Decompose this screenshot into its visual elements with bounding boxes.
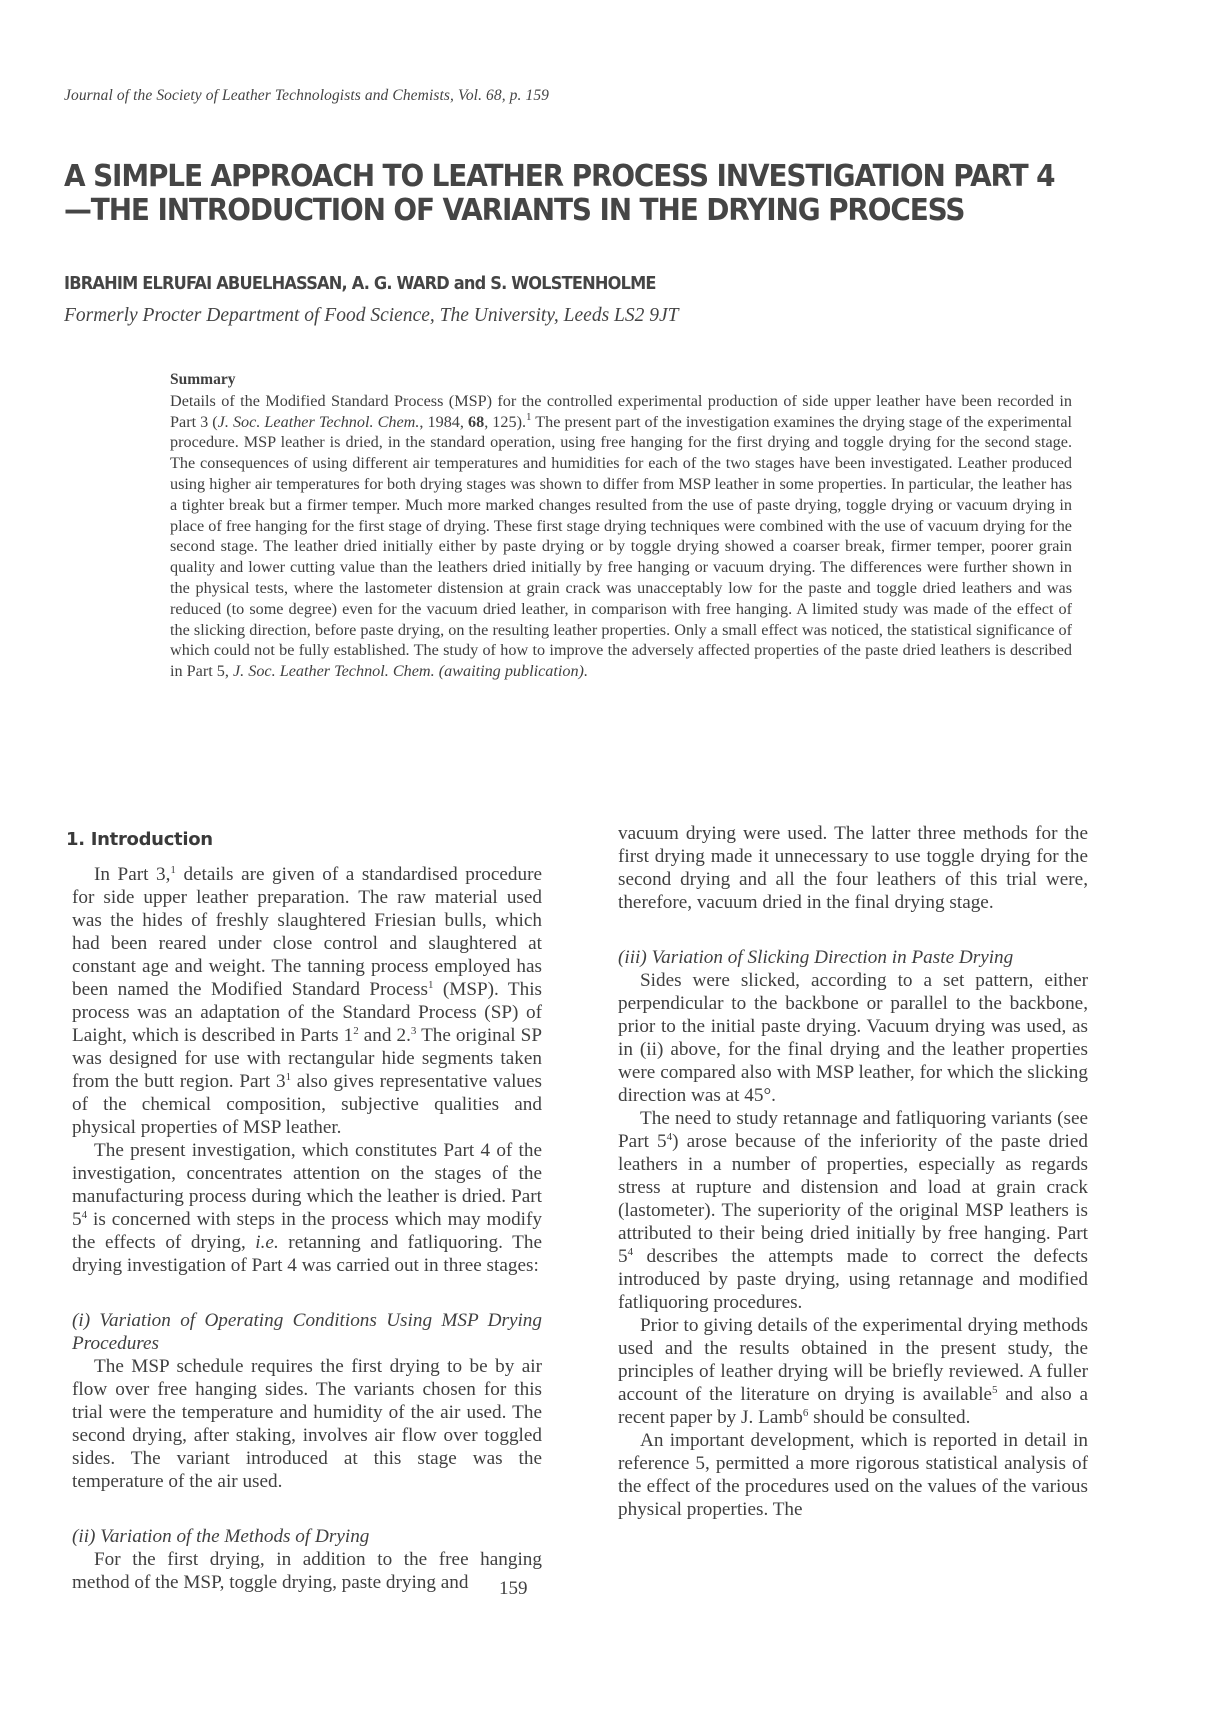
article-authors: IBRAHIM ELRUFAI ABUELHASSAN, A. G. WARD …: [64, 273, 656, 294]
summary-citation-part5: J. Soc. Leather Technol. Chem. (awaiting…: [233, 662, 588, 680]
summary-text: Details of the Modified Standard Process…: [170, 391, 1072, 682]
text-run-italic: i.e.: [255, 1232, 278, 1253]
subsection-ii-paragraph: For the first drying, in addition to the…: [72, 1548, 542, 1594]
page-number: 159: [499, 1578, 528, 1600]
article-title: A SIMPLE APPROACH TO LEATHER PROCESS INV…: [64, 160, 1078, 228]
paragraph-development: An important development, which is repor…: [618, 1429, 1088, 1521]
left-column: 1. Introduction In Part 3,1 details are …: [72, 822, 542, 1594]
right-column: vacuum drying were used. The latter thre…: [618, 822, 1088, 1521]
subsection-iii-paragraph: Sides were slicked, according to a set p…: [618, 969, 1088, 1107]
summary-heading: Summary: [170, 370, 1072, 391]
subsection-heading-i: (i) Variation of Operating Conditions Us…: [72, 1309, 542, 1355]
text-run: describes the attempts made to correct t…: [618, 1246, 1088, 1313]
summary-text-part: , 1984,: [419, 413, 468, 431]
spacer: [72, 1277, 542, 1309]
paragraph-principles: Prior to giving details of the experimen…: [618, 1314, 1088, 1429]
summary-section: Summary Details of the Modified Standard…: [170, 370, 1072, 682]
summary-text-part: The present part of the investigation ex…: [170, 413, 1072, 681]
journal-citation-header: Journal of the Society of Leather Techno…: [64, 87, 549, 105]
subsection-i-paragraph: The MSP schedule requires the first dryi…: [72, 1355, 542, 1493]
paragraph-retannage: The need to study retannage and fatliquo…: [618, 1107, 1088, 1314]
subsection-ii-paragraph-continued: vacuum drying were used. The latter thre…: [618, 822, 1088, 914]
text-run: should be consulted.: [808, 1407, 970, 1428]
intro-paragraph-2: The present investigation, which constit…: [72, 1139, 542, 1277]
summary-citation-journal: J. Soc. Leather Technol. Chem.: [218, 413, 420, 431]
text-run: and 2.: [359, 1025, 411, 1046]
summary-citation-volume: 68: [468, 413, 484, 431]
spacer: [618, 914, 1088, 946]
summary-text-part: , 125).: [484, 413, 526, 431]
subsection-heading-iii: (iii) Variation of Slicking Direction in…: [618, 946, 1088, 969]
author-affiliation: Formerly Procter Department of Food Scie…: [64, 305, 679, 327]
subsection-heading-ii: (ii) Variation of the Methods of Drying: [72, 1525, 542, 1548]
section-heading-introduction: 1. Introduction: [66, 828, 542, 851]
text-run: In Part 3,: [94, 864, 170, 885]
intro-paragraph-1: In Part 3,1 details are given of a stand…: [72, 863, 542, 1139]
spacer: [72, 1493, 542, 1525]
